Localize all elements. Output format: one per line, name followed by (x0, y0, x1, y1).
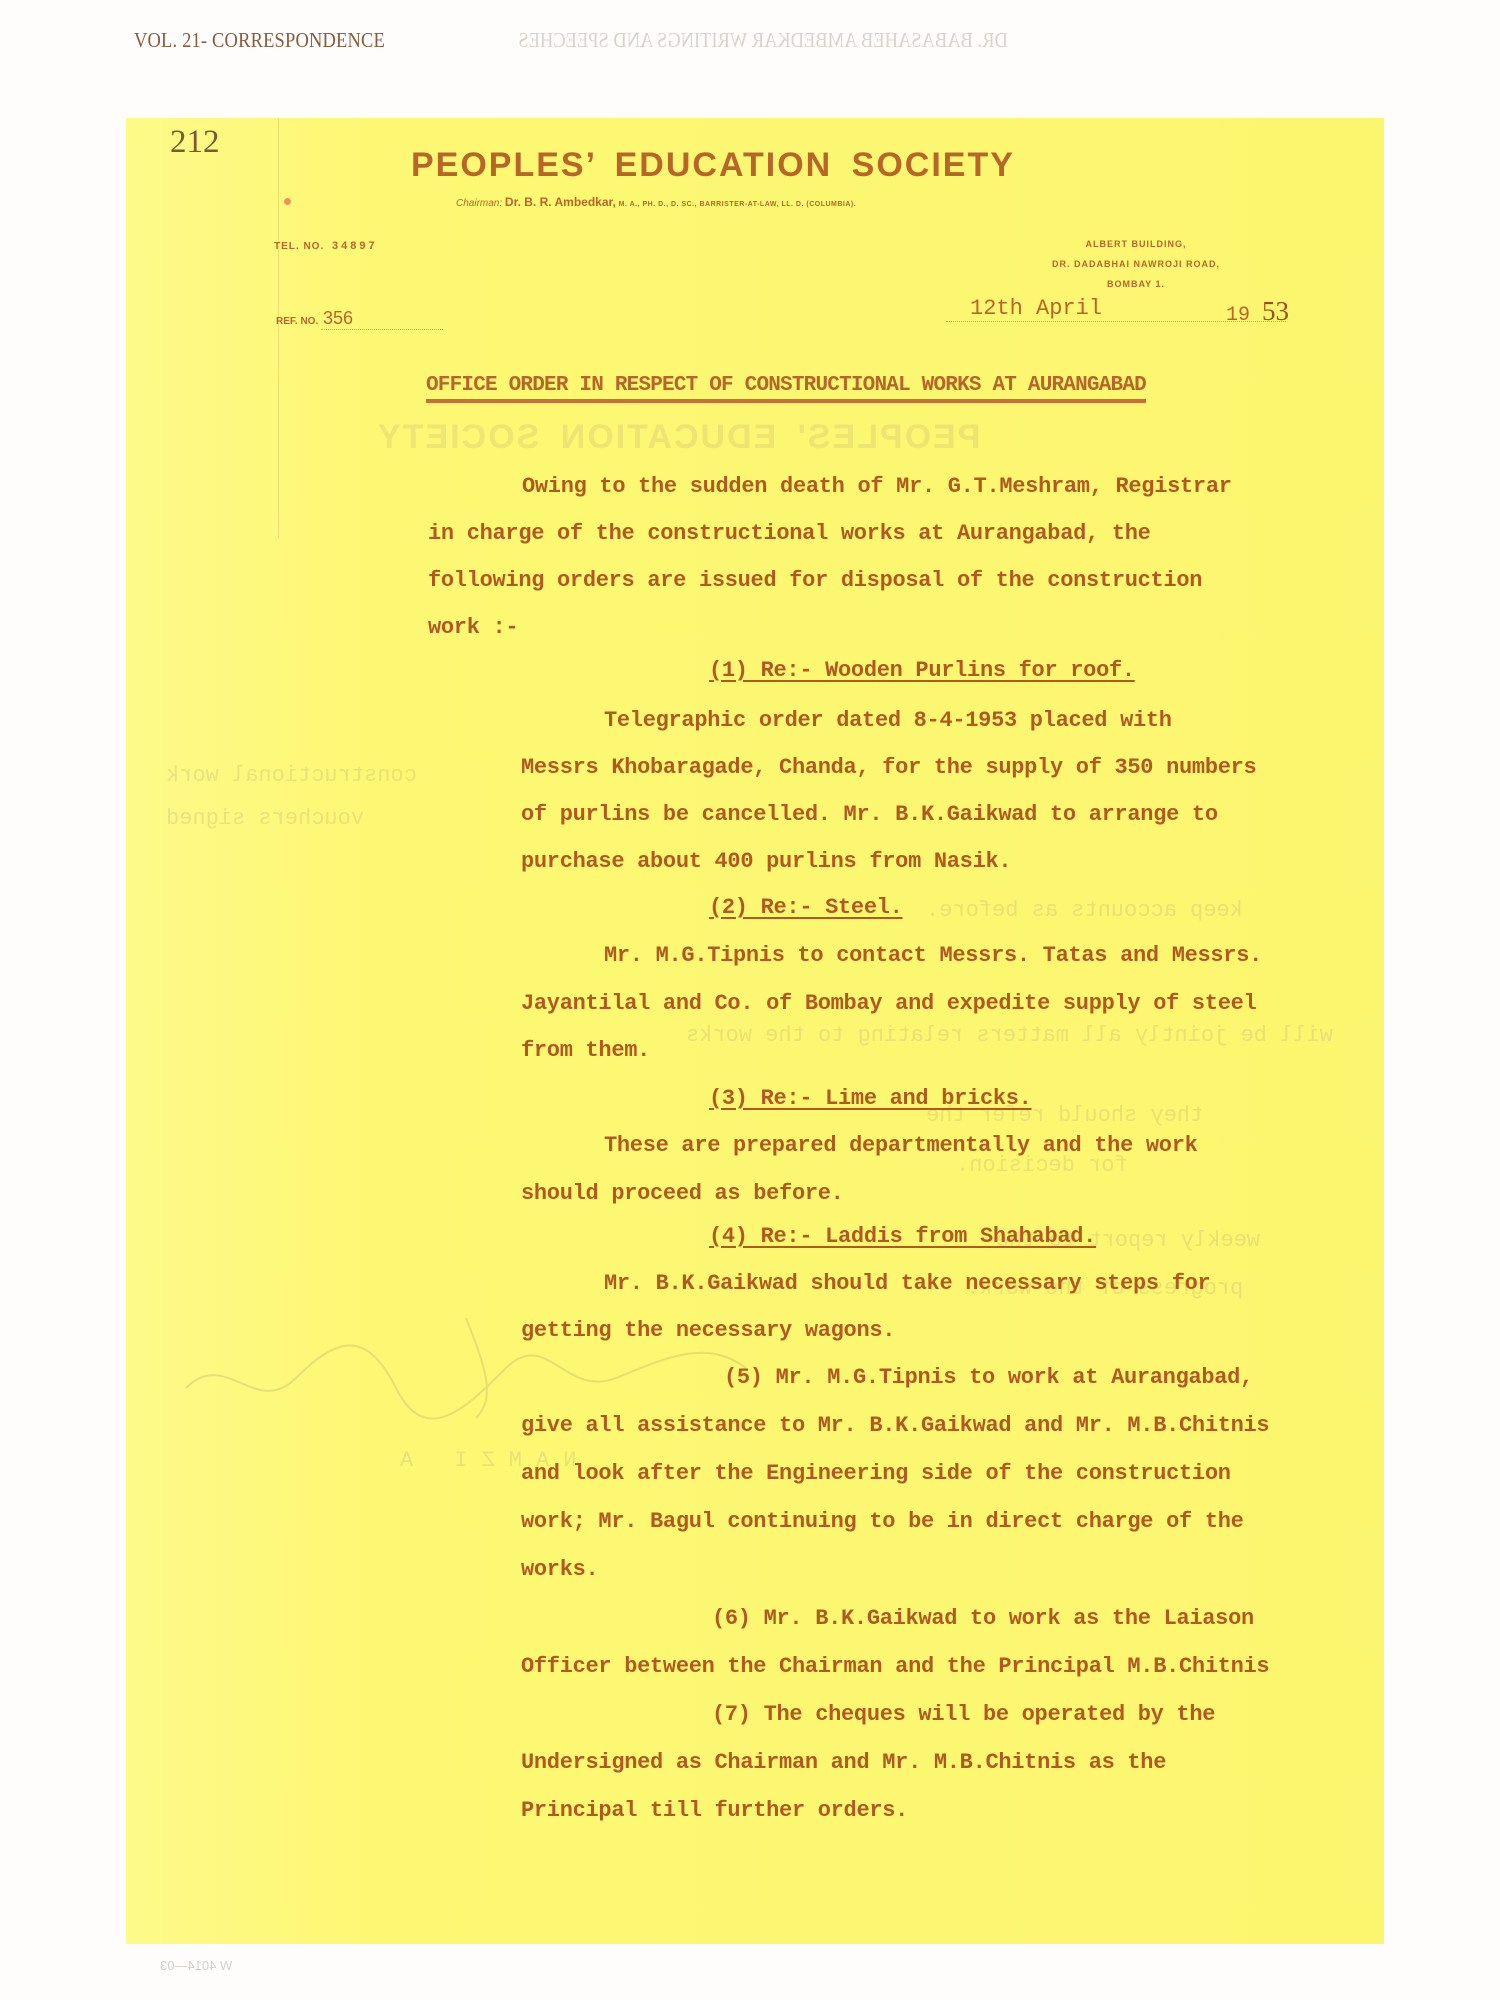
section-line: Jayantilal and Co. of Bombay and expedit… (521, 991, 1256, 1016)
item-6-line: Officer between the Chairman and the Pri… (521, 1654, 1269, 1679)
printer-mark: W 4014—03 (160, 1958, 232, 1973)
item-5-line: and look after the Engineering side of t… (521, 1461, 1231, 1486)
section-heading-steel: (2) Re:- Steel. (709, 895, 903, 920)
item-5-line: (5) Mr. M.G.Tipnis to work at Aurangabad… (724, 1365, 1253, 1390)
item-7-line: Undersigned as Chairman and Mr. M.B.Chit… (521, 1750, 1166, 1775)
section-line: purchase about 400 purlins from Nasik. (521, 849, 1011, 874)
section-line: Telegraphic order dated 8-4-1953 placed … (604, 708, 1172, 733)
section-heading-lime-bricks: (3) Re:- Lime and bricks. (709, 1086, 1032, 1111)
intro-line: work :- (428, 615, 518, 640)
section-line: These are prepared departmentally and th… (604, 1133, 1198, 1158)
section-line: of purlins be cancelled. Mr. B.K.Gaikwad… (521, 802, 1218, 827)
item-6-line: (6) Mr. B.K.Gaikwad to work as the Laias… (712, 1606, 1254, 1631)
section-line: Mr. M.G.Tipnis to contact Messrs. Tatas … (604, 943, 1262, 968)
document-body: Owing to the sudden death of Mr. G.T.Mes… (126, 118, 1384, 1944)
section-line: Mr. B.K.Gaikwad should take necessary st… (604, 1271, 1210, 1296)
intro-line: Owing to the sudden death of Mr. G.T.Mes… (522, 474, 1232, 499)
item-7-line: Principal till further orders. (521, 1798, 908, 1823)
bleed-through-running-head: DR. BABASAHEB AMBEDKAR WRITINGS AND SPEE… (518, 28, 1007, 53)
section-line: should proceed as before. (521, 1181, 844, 1206)
item-5-line: works. (521, 1557, 598, 1582)
intro-line: following orders are issued for disposal… (428, 568, 1202, 593)
section-heading-laddis: (4) Re:- Laddis from Shahabad. (709, 1224, 1096, 1249)
item-5-line: give all assistance to Mr. B.K.Gaikwad a… (521, 1413, 1269, 1438)
item-5-line: work; Mr. Bagul continuing to be in dire… (521, 1509, 1244, 1534)
section-line: getting the necessary wagons. (521, 1318, 895, 1343)
item-7-line: (7) The cheques will be operated by the (712, 1702, 1215, 1727)
running-head: VOL. 21- CORRESPONDENCE (134, 28, 385, 53)
letter-page: PEOPLES' EDUCATION SOCIETY constructiona… (126, 118, 1384, 1944)
section-line: from them. (521, 1038, 650, 1063)
intro-line: in charge of the constructional works at… (428, 521, 1151, 546)
section-line: Messrs Khobaragade, Chanda, for the supp… (521, 755, 1256, 780)
section-heading-purlins: (1) Re:- Wooden Purlins for roof. (709, 658, 1135, 683)
